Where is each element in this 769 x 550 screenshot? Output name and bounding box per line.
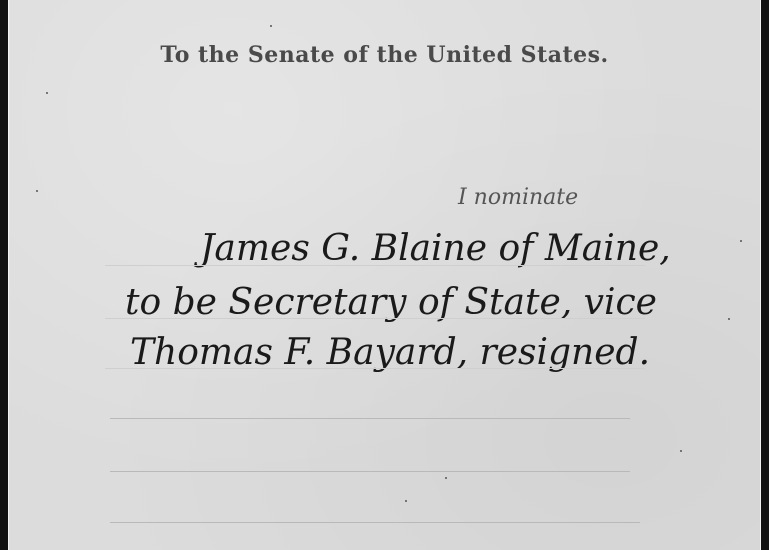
ruled-line	[105, 265, 645, 266]
paper-speck	[445, 477, 447, 479]
handwritten-line-2: to be Secretary of State, vice	[125, 282, 657, 323]
paper-edge-left	[8, 0, 9, 550]
paper-speck	[405, 500, 407, 502]
paper-speck	[270, 25, 272, 27]
header-text: To the Senate of the United States.	[160, 42, 608, 68]
blank-ruled-line	[110, 522, 640, 523]
blank-ruled-line	[110, 418, 630, 419]
blank-ruled-line	[110, 471, 630, 472]
ruled-line	[105, 318, 645, 319]
printed-header: To the Senate of the United States.	[8, 42, 761, 68]
intro-text: I nominate	[458, 185, 578, 210]
paper-speck	[46, 92, 48, 94]
paper-speck	[36, 190, 38, 192]
paper-edge-right	[760, 0, 761, 550]
paper-speck	[728, 318, 730, 320]
paper-speck	[680, 450, 682, 452]
document-paper	[8, 0, 761, 550]
handwritten-line-1: James G. Blaine of Maine,	[200, 228, 671, 269]
ruled-line	[105, 368, 645, 369]
paper-speck	[740, 240, 742, 242]
handwritten-line-3: Thomas F. Bayard, resigned.	[130, 332, 650, 373]
